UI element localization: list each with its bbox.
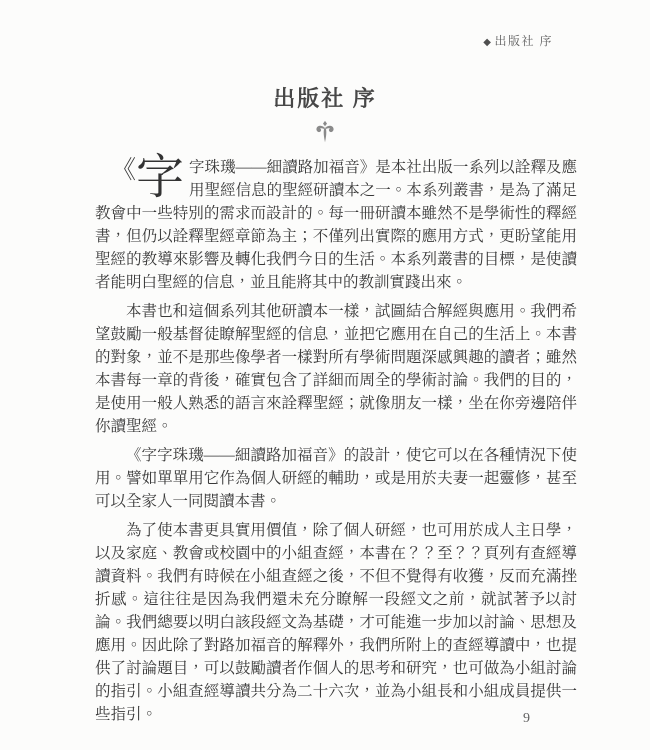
dropcap-block: 《字 bbox=[111, 156, 184, 202]
preface-body: 《字字珠璣——細讀路加福音》是本社出版一系列以詮釋及應用聖經信息的聖經研讀本之一… bbox=[95, 156, 577, 726]
diamond-icon: ◆ bbox=[483, 37, 492, 48]
paragraph-3: 《字字珠璣——細讀路加福音》的設計，使它可以在各種情況下使用。譬如單單用它作為個… bbox=[95, 444, 577, 513]
paragraph-4: 為了使本書更具實用價值，除了個人研經，也可用於成人主日學，以及家庭、教會或校園中… bbox=[95, 519, 577, 726]
dropcap-character: 字 bbox=[136, 156, 184, 200]
opening-bracket: 《 bbox=[111, 157, 136, 185]
page-number: 9 bbox=[523, 711, 530, 727]
paragraph-1: 《字字珠璣——細讀路加福音》是本社出版一系列以詮釋及應用聖經信息的聖經研讀本之一… bbox=[95, 156, 577, 294]
fleur-ornament-icon bbox=[0, 120, 650, 144]
book-page: ◆出版社 序 出版社 序 《字字珠璣——細讀路加福音》是本社出版一系列以詮釋及應… bbox=[0, 0, 650, 750]
paragraph-2: 本書也和這個系列其他研讀本一樣，試圖結合解經與應用。我們希望鼓勵一般基督徒瞭解聖… bbox=[95, 300, 577, 438]
page-title: 出版社 序 bbox=[0, 0, 650, 113]
running-header-text: 出版社 序 bbox=[494, 34, 553, 48]
running-header: ◆出版社 序 bbox=[483, 32, 553, 49]
